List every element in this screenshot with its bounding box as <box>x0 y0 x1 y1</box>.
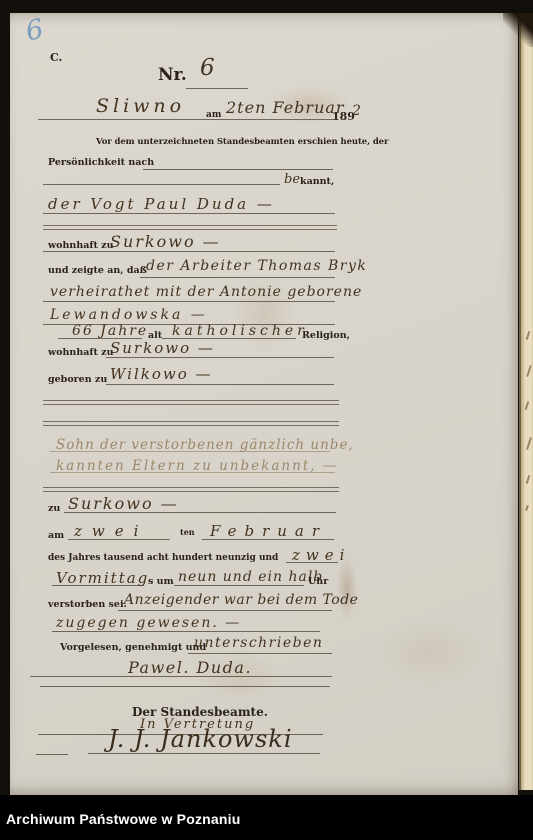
death-month: Februar <box>210 522 327 540</box>
closing-underline <box>188 653 332 654</box>
intro-line2: Persönlichkeit nach <box>48 157 154 168</box>
dateline-year-written: 2 <box>352 103 361 119</box>
anzeige-label: und zeigte an, daß <box>48 265 147 276</box>
death-year-underline <box>286 562 338 563</box>
declarant-signature-underline <box>30 676 332 677</box>
death-am-label: am <box>48 530 64 541</box>
s-um-label: s um <box>148 576 174 587</box>
closing-written: unterschrieben <box>194 635 323 651</box>
dateline-underline <box>38 119 338 120</box>
registrar-signature: J. J. Jankowski <box>108 725 293 753</box>
witness1-underline <box>118 610 332 611</box>
next-page-edge <box>519 13 533 790</box>
deceased-line2: verheirathet mit der Antonie geborene <box>50 284 362 300</box>
register-page: 6 C. Nr. 6 Sliwno am 2ten Februar 189 2 … <box>10 13 518 795</box>
intro-blank-line <box>143 169 333 170</box>
bleed-through-ink <box>525 401 530 410</box>
deceased-age: 66 Jahre <box>72 323 148 339</box>
intro-line1: Vor dem unterzeichneten Standesbeamten e… <box>96 137 388 147</box>
witness-note-1: Anzeigender war bei dem Tode <box>124 592 358 608</box>
declarant-signature: Pawel. Duda. <box>128 658 252 677</box>
residence-value: Surkowo — <box>110 339 215 357</box>
bleed-through-ink <box>526 475 531 484</box>
dateline-place: Sliwno <box>96 95 185 117</box>
nr-underline <box>186 88 248 89</box>
declarant-residence-underline <box>43 251 335 252</box>
declarant-name: der Vogt Paul Duda — <box>48 195 275 213</box>
section-letter: C. <box>50 51 62 64</box>
death-year-label: des Jahres tausend acht hundert neunzig … <box>48 553 278 563</box>
birthplace-underline <box>106 384 334 385</box>
blue-pencil-number: 6 <box>23 14 46 48</box>
bekannt-label: kannt, <box>300 176 334 187</box>
birthplace-label: geboren zu <box>48 374 107 385</box>
deceased-line2-underline <box>43 301 335 302</box>
uhr-label: Uhr <box>308 576 328 587</box>
nr-value: 6 <box>200 55 215 81</box>
closing-printed: Vorgelesen, genehmigt und <box>60 642 206 653</box>
declarant-underline <box>43 213 335 214</box>
death-place: Surkowo — <box>68 494 179 513</box>
religion-label: Religion, <box>302 330 350 341</box>
book-corner-shadow <box>503 13 533 47</box>
deceased-religion: katholischer <box>172 323 308 339</box>
blank-double-rule-1 <box>43 225 337 230</box>
death-place-underline <box>64 512 336 513</box>
blank-double-rule-4 <box>43 487 339 492</box>
archive-watermark-bar: Archiwum Państwowe w Poznaniu <box>0 795 533 840</box>
parents-note-line2-underline <box>50 472 335 473</box>
daytime-underline <box>52 585 144 586</box>
blank-rule-5 <box>40 686 330 687</box>
bleed-through-ink <box>525 505 529 511</box>
blank-double-rule-2 <box>43 400 339 405</box>
bleed-through-ink <box>526 365 532 377</box>
death-month-underline <box>202 539 334 540</box>
blank-double-rule-3 <box>43 421 339 426</box>
declarant-residence: Surkowo — <box>110 232 221 251</box>
birthplace-value: Wilkowo — <box>110 365 213 383</box>
nr-label: Nr. <box>158 65 187 85</box>
bleed-through-ink <box>526 437 532 450</box>
death-day-underline <box>68 539 170 540</box>
death-zu-label: zu <box>48 503 60 514</box>
bekannt-be: be <box>284 172 300 187</box>
declarant-wohnhaft-label: wohnhaft zu <box>48 240 113 251</box>
registrar-rule-2 <box>88 753 320 754</box>
witness-note-2: zugegen gewesen. — <box>56 615 241 631</box>
residence-underline <box>106 357 334 358</box>
deceased-line1-underline <box>140 277 335 278</box>
dateline-day-month: 2ten Februar <box>226 98 345 117</box>
hour-underline <box>174 585 304 586</box>
residence-label: wohnhaft zu <box>48 347 113 358</box>
witness2-underline <box>52 631 320 632</box>
bekannt-blank-line <box>43 184 280 185</box>
death-ten-label: ten <box>180 527 195 537</box>
bleed-through-ink <box>526 331 531 340</box>
deceased-line1: der Arbeiter Thomas Bryk <box>146 258 367 274</box>
registrar-rule-dash <box>36 754 68 755</box>
verstorben-label: verstorben sei. <box>48 599 127 610</box>
death-day: zwei <box>74 522 148 540</box>
parents-note-line1-underline <box>50 451 330 452</box>
archive-name: Archiwum Państwowe w Poznaniu <box>6 811 241 827</box>
deceased-line3: Lewandowska — <box>50 307 208 323</box>
death-hour: neun und ein halb <box>178 569 323 585</box>
dateline-day: 2ten <box>226 98 266 117</box>
